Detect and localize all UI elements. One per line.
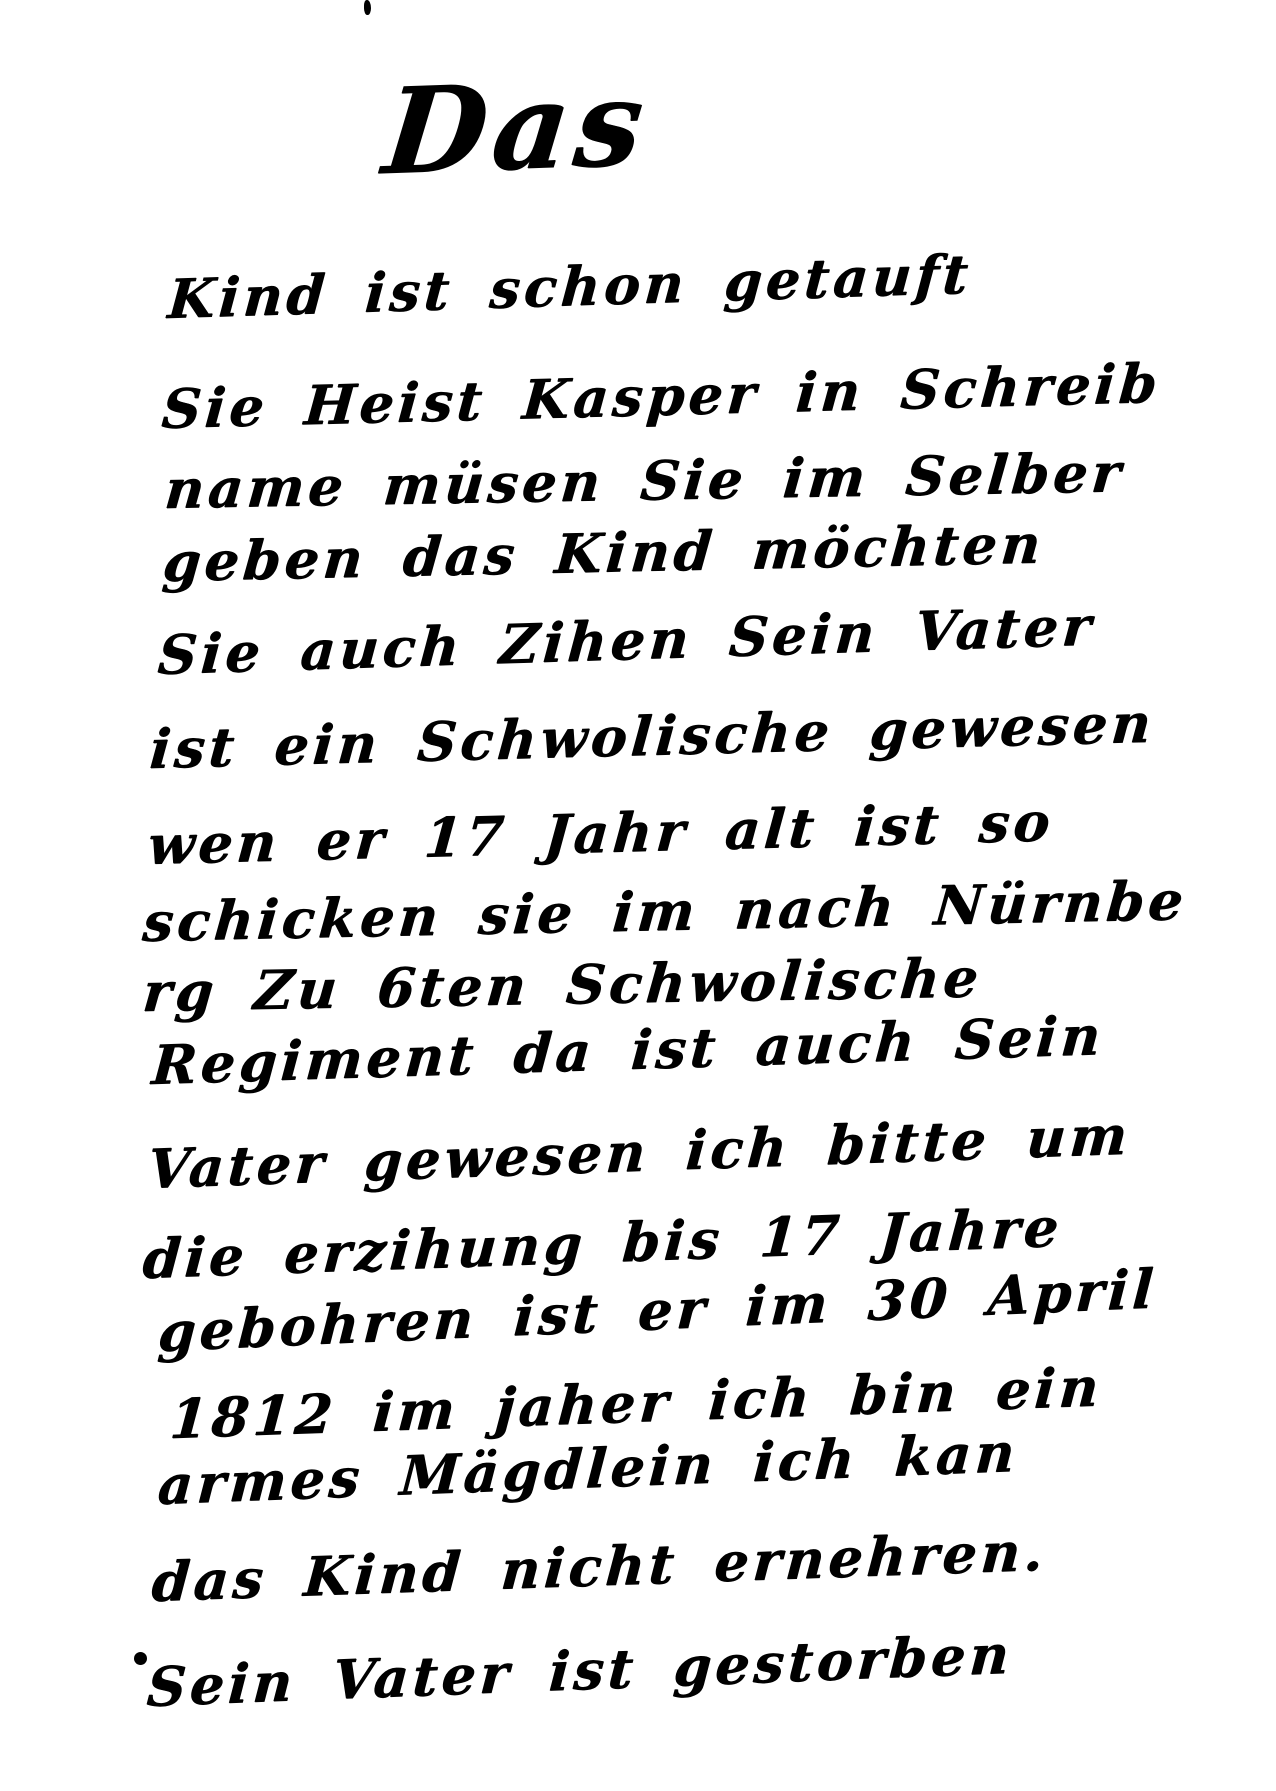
letter-line: wen er 17 Jahr alt ist so: [146, 794, 1056, 872]
letter-line: Sie Heist Kasper in Schreib: [160, 356, 1163, 436]
letter-line: Vater gewesen ich bitte um: [146, 1108, 1133, 1196]
letter-line: schicken sie im nach Nürnbe: [141, 873, 1189, 949]
letter-line: name müsen Sie im Selber: [163, 445, 1127, 516]
letter-line: Kind ist schon getauft: [166, 247, 974, 326]
letter-line: ist ein Schwolische gewesen: [148, 696, 1157, 776]
letter-line: rg Zu 6ten Schwolische: [141, 950, 985, 1019]
letter-line: geben das Kind möchten: [161, 516, 1047, 589]
letter-line: Sein Vater ist gestorben: [145, 1627, 1014, 1714]
letter-line: das Kind nicht ernehren.: [150, 1524, 1049, 1609]
letter-body: Kind ist schon getauft Sie Heist Kasper …: [0, 0, 1276, 1791]
letter-page: Das Kind ist schon getauft Sie Heist Kas…: [0, 0, 1276, 1791]
ink-dot: [134, 1652, 147, 1665]
letter-line: Sie auch Zihen Sein Vater: [156, 598, 1097, 682]
